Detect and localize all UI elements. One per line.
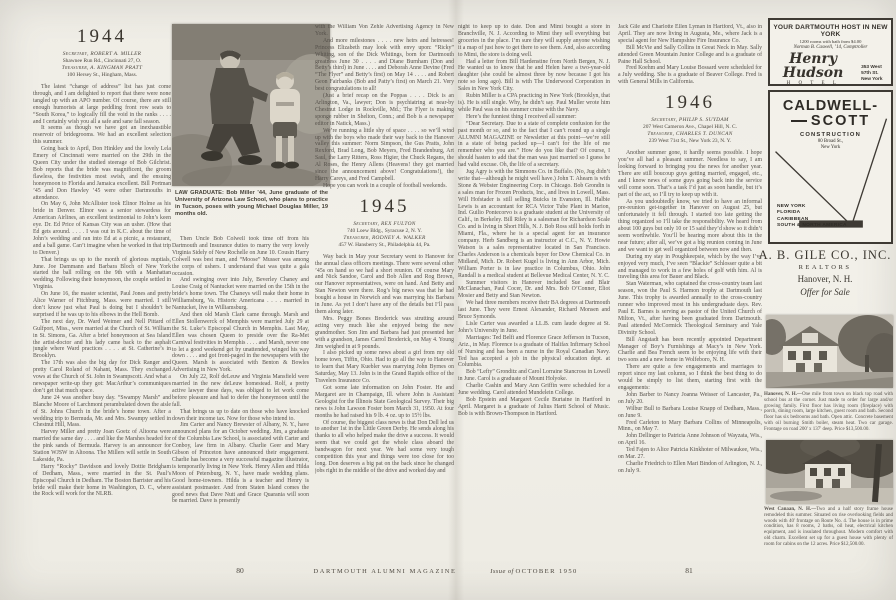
listing-lead: West Canaan, N. H.—: [764, 507, 816, 512]
paragraph: Stan Waterman, who captained the cross-c…: [618, 281, 762, 336]
paragraph: The next day, Dr. Ward Weimer and Nell P…: [33, 319, 171, 360]
paragraph: Lisle Carter was awarded a LL.B. cum lau…: [458, 321, 610, 335]
paragraph: Jack Gile and Charlotte Ellen Lyman in H…: [618, 24, 762, 45]
right-running-footer: Issue of OCTOBER 1950: [458, 568, 610, 575]
hotel-address-line2: New York: [861, 77, 891, 83]
officer-line: 457 W. Hansberry St., Philadelphia 44, P…: [315, 242, 454, 249]
paragraph: Ted Fajen to Alice Patricia Kinkhoter of…: [618, 447, 762, 461]
paragraph: I also picked up some news about a girl …: [315, 350, 454, 385]
page-gutter-shadow: [448, 0, 464, 600]
gile-realtor-ad-heading: A. B. GILE CO., INC. REALTORS Hanover, N…: [757, 248, 893, 297]
paragraph: with the William Von Zehle Advertising A…: [315, 24, 454, 38]
left-running-footer: DARTMOUTH ALUMNI MAGAZINE: [303, 568, 467, 575]
right-page-number: 81: [649, 566, 729, 575]
scanned-spread: 1944Secretary, ROBERT A. MILLERShawnee R…: [0, 0, 896, 600]
magazine-spread: { "footer": { "left_page_number": "80", …: [0, 0, 896, 600]
paragraph: Bill Angstadt has been recently appointe…: [618, 337, 762, 365]
paragraph: Jug Agry is with the Simmons Co. in Buff…: [458, 169, 610, 280]
paragraph: Of course, the biggest class news is tha…: [315, 420, 454, 475]
officer-line: 239 West 71st St., New York 23, N. Y.: [618, 138, 762, 145]
paragraph: Rubin Miller is a CPA practicing in New …: [458, 93, 610, 114]
officer-line: Secretary, ROBERT A. MILLER: [33, 51, 171, 58]
law-graduate-photo: [172, 24, 330, 186]
paragraph: Bob Epstein and Margaret Cecile Burtaine…: [458, 397, 610, 418]
paragraph: John Dellinger to Patricia Anne Johnson …: [618, 433, 762, 447]
paragraph: Marriages: Ted Belfi and Florence Grace …: [458, 335, 610, 370]
paragraph: And swinging over into July, Beverley Ch…: [172, 277, 309, 312]
paragraph: Charlie Friedrich to Ellen Mari Bindon o…: [618, 461, 762, 475]
gile-realtors-label: REALTORS: [757, 264, 893, 271]
column-1946: Jack Gile and Charlotte Ellen Lyman in H…: [618, 24, 762, 562]
paragraph: June 24 was another busy day. “Swampy Ma…: [33, 395, 171, 430]
paragraph: Hope you can work in a couple of footbal…: [315, 183, 454, 190]
issue-of-label: Issue of: [490, 568, 514, 575]
paragraph: Fred Koehm and Mary Louise Bossard were …: [618, 65, 762, 86]
paragraph: Way back in May your Secretary went to H…: [315, 254, 454, 316]
paragraph: Had a letter from Bill Hardenstine from …: [458, 59, 610, 94]
paragraph: (Just a brief recap on the Poppas . . . …: [315, 93, 454, 128]
paragraph: And more milestones . . . . new heirs an…: [315, 38, 454, 93]
left-page-number: 80: [200, 566, 280, 575]
gile-city: Hanover, N. H.: [757, 274, 893, 284]
paragraph: Mrs. Peggy Bones Broderick was strutting…: [315, 316, 454, 351]
class-year-heading: 1946: [618, 92, 762, 114]
hotel-brand-name: Henry Hudson: [770, 52, 856, 80]
paragraph: Charlie Cashin and Mary Ann Griffin were…: [458, 383, 610, 397]
listing-body: Two and a half story frame house remodel…: [764, 507, 893, 547]
gile-company-name: A. B. GILE CO., INC.: [757, 248, 893, 262]
henry-hudson-hotel-ad: YOUR DARTMOUTH HOST IN NEW YORK 1200 roo…: [768, 18, 893, 86]
hotel-ad-rooms: 1200 rooms with bath from $4.00: [770, 39, 891, 44]
paragraph: On May 6, John McAllister took Elinor Ho…: [33, 201, 171, 256]
paragraph: During my stay in Poughkeepsie, which by…: [618, 254, 762, 282]
photo-caption: LAW GRADUATE: Bob Miller ’44, June gradu…: [175, 190, 328, 218]
class-officers: Secretary, PHILIP S. SUYDAM207 West Came…: [618, 117, 762, 145]
officer-line: 207 West Cameron Ave., Chapel Hill, N. C…: [618, 124, 762, 131]
paragraph: Bob “Lefty” Gronditz and Carol Lorraine …: [458, 369, 610, 383]
column-1945-continued: night to keep up to date. Don and Mimi b…: [458, 24, 610, 562]
hotel-ad-comptroller: Norman B. Caswell, ’14, Comptroller: [770, 45, 891, 50]
paragraph: night to keep up to date. Don and Mimi b…: [458, 24, 610, 59]
hotel-address-line1: 353 West 57th St.: [861, 65, 891, 77]
gile-tagline: Offer for Sale: [757, 287, 893, 297]
paragraph: John Barber to Nancy Joanna Weisser of L…: [618, 392, 762, 406]
column-1944-continued: Then Uncle Bob Colwell took time off fro…: [172, 236, 309, 562]
paragraph: We had three members receive their BA de…: [458, 300, 610, 321]
paragraph: Bill McVie and Sally Collins in Great Ne…: [618, 45, 762, 66]
hanover-listing: Hanover, N. H.—One mile from town on bla…: [764, 392, 893, 437]
column-1944-1945: with the William Von Zehle Advertising A…: [315, 24, 454, 562]
hanover-house-photo: [766, 315, 893, 388]
paragraph: Another summer gone, it hardly seems pos…: [618, 150, 762, 198]
caldwell-scott-ad: CALDWELL- SCOTT CONSTRUCTION 80 Broad St…: [768, 90, 893, 244]
class-year-heading: 1945: [315, 196, 454, 218]
officer-line: Secretary, REX FULTON: [315, 221, 454, 228]
house-illustration-2: [766, 440, 893, 504]
west-canaan-listing: West Canaan, N. H.—Two and a half story …: [764, 507, 893, 557]
hotel-ad-headline: YOUR DARTMOUTH HOST IN NEW YORK: [770, 24, 891, 38]
paragraph: Going back to April, Don Hinkley and the…: [33, 146, 171, 201]
column-1944: 1944Secretary, ROBERT A. MILLERShawnee R…: [33, 20, 171, 562]
paragraph: On July 22, Rolf deLeuw and Virginia Man…: [172, 374, 309, 409]
officer-line: 100 Hersey St., Hingham, Mass.: [33, 72, 171, 79]
caldwell-regions-list: NEW YORKFLORIDACARIBBEANSOUTH & NORTH AM…: [777, 204, 847, 230]
paragraph: Fred Carleton to Mary Barbara Collins of…: [618, 420, 762, 434]
officer-line: Secretary, PHILIP S. SUYDAM: [618, 117, 762, 124]
paragraph: Got some late information on John Foster…: [315, 385, 454, 420]
west-canaan-house-photo: [766, 440, 893, 504]
paragraph: That brings us up to the month of glorio…: [33, 257, 171, 292]
paragraph: The latest “change of address” list has …: [33, 84, 171, 125]
paragraph: Here’s the funniest thing I received all…: [458, 114, 610, 121]
house-illustration-1: [766, 315, 893, 388]
paragraph: “Dear Secretary. Due to a state of compl…: [458, 121, 610, 169]
officer-line: Treasurer, A. KINGMAN PRATT: [33, 65, 171, 72]
paragraph: Then Uncle Bob Colwell took time off fro…: [172, 236, 309, 277]
photo-illustration: [172, 24, 330, 186]
paragraph: There are quite a few engagements and ma…: [618, 364, 762, 392]
paragraph: Summer visitors in Hanover included Sue …: [458, 280, 610, 301]
paragraph: Harry “Rocky” Davidson and lovely Dottie…: [33, 464, 171, 499]
paragraph: Jim Carter and Nancy Brewster of Albany,…: [172, 422, 309, 505]
paragraph: That brings us up to date on those who h…: [172, 409, 309, 423]
region-line: FLORIDA: [777, 210, 847, 217]
class-officers: Secretary, ROBERT A. MILLERShawnee Run R…: [33, 51, 171, 79]
officer-line: Treasurer, RODNEY A. WALKER: [315, 235, 454, 242]
paragraph: And then old Marsh Clark came through. M…: [172, 312, 309, 374]
paragraph: Wilbur Bull to Barbara Louise Knapp of D…: [618, 406, 762, 420]
paragraph: The 17th was also the big day for Dick R…: [33, 360, 171, 395]
officer-line: Shawnee Run Rd., Cincinnati 27, O.: [33, 58, 171, 65]
hotel-address: 353 West 57th St. New York: [861, 65, 891, 86]
hotel-brand: Henry Hudson H O T E L: [770, 52, 856, 86]
listing-body: One mile from town on black top road wit…: [764, 392, 893, 432]
listing-lead: Hanover, N. H.—: [764, 392, 802, 397]
class-officers: Secretary, REX FULTON740 Loew Bldg., Syr…: [315, 221, 454, 249]
paragraph: We’re running a little shy of space . . …: [315, 128, 454, 183]
paragraph: On June 16, the master scientist, Paul J…: [33, 291, 171, 319]
paragraph: Harvey Miller and pretty Joan Goetz of A…: [33, 429, 171, 464]
officer-line: 740 Loew Bldg., Syracuse 2, N. Y.: [315, 228, 454, 235]
paragraph: As you undoubtedly know, we tried to hav…: [618, 199, 762, 254]
paragraph: It seems as though we have got an inexha…: [33, 125, 171, 146]
hotel-brand-row: Henry Hudson H O T E L 353 West 57th St.…: [770, 52, 891, 86]
class-year-heading: 1944: [33, 26, 171, 48]
region-line: SOUTH & NORTH AMERICA: [777, 223, 847, 230]
officer-line: Treasurer, CHARLES T. DUNCAN: [618, 131, 762, 138]
hotel-brand-sub: H O T E L: [770, 81, 856, 86]
issue-date: OCTOBER 1950: [515, 568, 577, 575]
